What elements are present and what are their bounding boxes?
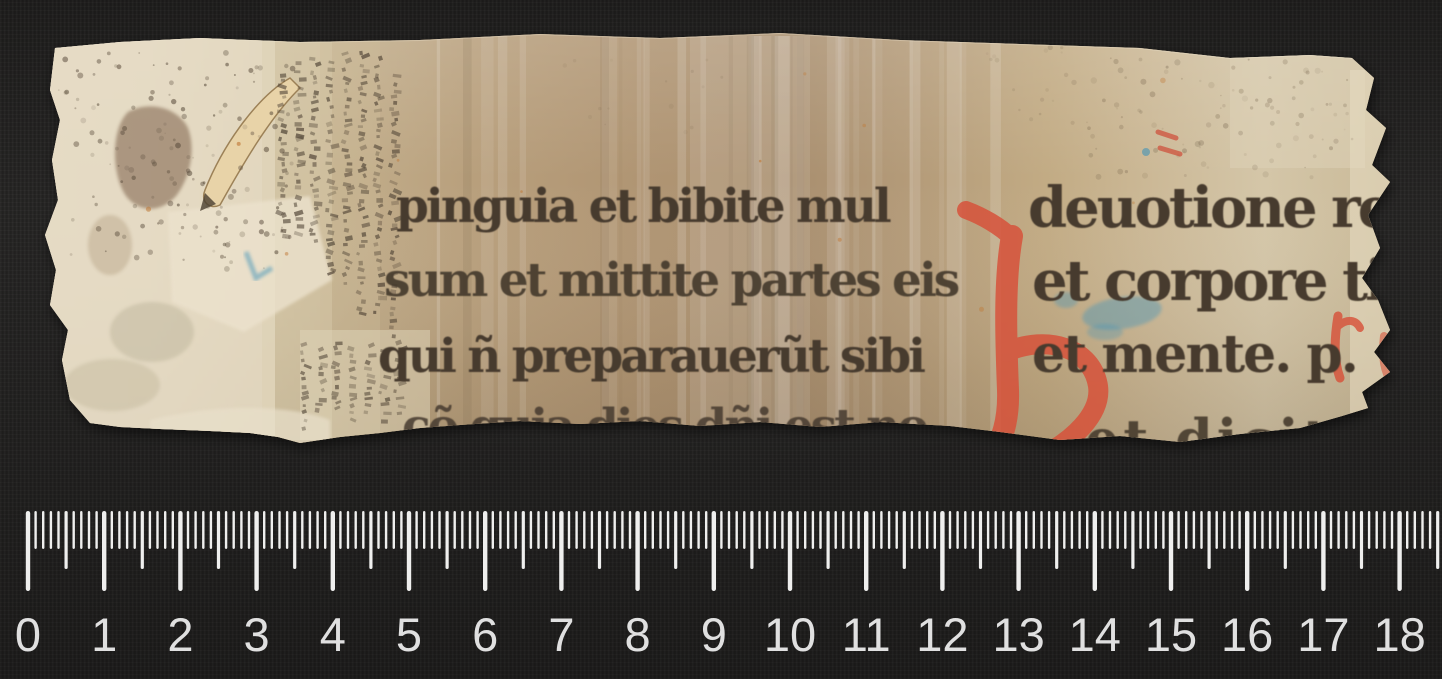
texture-dot xyxy=(1255,99,1258,102)
texture-dot xyxy=(224,266,230,272)
ruler-tick-cm xyxy=(864,511,868,591)
texture-dot xyxy=(1322,139,1324,141)
ruler-tick-mm xyxy=(164,511,166,549)
texture-mark xyxy=(359,261,364,266)
texture-mark xyxy=(277,182,285,187)
texture-dot xyxy=(164,133,166,135)
ruler-tick-half xyxy=(1436,511,1439,569)
texture-mark xyxy=(314,201,323,206)
ruler-tick-mm xyxy=(1261,511,1263,549)
texture-dot xyxy=(193,224,198,229)
ruler-tick-mm xyxy=(240,511,242,549)
ruler-tick-mm xyxy=(1162,511,1164,549)
texture-dot xyxy=(168,94,170,96)
texture-dot xyxy=(1060,46,1063,49)
ruler-tick-mm xyxy=(591,511,593,549)
ruler-tick-mm xyxy=(682,511,684,549)
texture-dot xyxy=(1344,129,1346,131)
texture-dot xyxy=(1095,148,1097,150)
texture-dot xyxy=(1125,170,1128,173)
texture-dot xyxy=(212,154,215,157)
texture-dot xyxy=(1269,76,1272,79)
texture-mark xyxy=(314,146,321,151)
texture-dot xyxy=(1012,88,1015,91)
texture-dot xyxy=(665,80,667,82)
ruler-tick-mm xyxy=(1315,511,1317,549)
texture-dot xyxy=(1346,79,1348,81)
texture-dot xyxy=(1343,104,1347,108)
ruler-tick-cm xyxy=(1169,511,1173,591)
texture-mark xyxy=(280,90,288,94)
ruler-tick-mm xyxy=(850,511,852,549)
texture-dot xyxy=(95,203,98,206)
ruler-tick-mm xyxy=(80,511,82,549)
texture-dot xyxy=(1299,80,1304,85)
texture-mark xyxy=(376,117,383,121)
texture-dot xyxy=(1029,117,1033,121)
texture-dot xyxy=(159,136,164,141)
texture-mark xyxy=(311,116,316,121)
ruler-tick-mm xyxy=(896,511,898,549)
ruler-number-11: 11 xyxy=(842,608,891,661)
ruler-tick-mm xyxy=(583,511,585,549)
texture-mark xyxy=(349,353,353,358)
texture-dot xyxy=(563,63,567,67)
texture-dot xyxy=(1238,131,1243,136)
texture-mark xyxy=(343,219,347,223)
texture-dot xyxy=(206,126,211,131)
texture-mark xyxy=(345,168,352,172)
texture-dot xyxy=(1329,103,1332,106)
texture-dot xyxy=(272,233,275,236)
texture-dot xyxy=(1045,88,1049,92)
texture-dot xyxy=(200,236,202,238)
ruler-tick-mm xyxy=(690,511,692,549)
texture-dot xyxy=(1329,146,1333,150)
ruler-tick-mm xyxy=(248,511,250,549)
texture-mark xyxy=(359,199,364,203)
ruler-tick-cm xyxy=(1321,511,1325,591)
ruler-tick-mm xyxy=(34,511,36,549)
texture-dot xyxy=(610,59,613,62)
texture-dot xyxy=(242,125,247,130)
texture-dot xyxy=(172,181,177,186)
texture-dot xyxy=(248,68,253,73)
texture-dot xyxy=(175,143,181,149)
texture-mark xyxy=(393,389,396,393)
texture-dot xyxy=(995,58,1000,63)
texture-dot xyxy=(1116,108,1118,110)
ruler-tick-mm xyxy=(644,511,646,549)
ruler-tick-cm xyxy=(483,511,487,591)
texture-dot xyxy=(1117,169,1123,175)
ruler-tick-mm xyxy=(1155,511,1157,549)
texture-dot xyxy=(220,255,224,259)
ruler-tick-mm xyxy=(172,511,174,549)
texture-dot xyxy=(253,81,255,83)
texture-dot xyxy=(253,73,255,75)
ruler-tick-mm xyxy=(606,511,608,549)
texture-mark xyxy=(344,282,348,285)
ruler-tick-cm xyxy=(331,511,335,591)
texture-mark xyxy=(326,256,331,260)
texture-dot xyxy=(183,213,186,216)
texture-dot xyxy=(986,52,989,55)
ruler-tick-mm xyxy=(1383,511,1385,549)
ruler-tick-mm xyxy=(964,511,966,549)
ruler-tick-mm xyxy=(431,511,433,549)
texture-dot xyxy=(223,50,229,56)
texture-dot xyxy=(1276,143,1282,149)
ruler-tick-mm xyxy=(50,511,52,549)
ruler-tick-mm xyxy=(1071,511,1073,549)
ruler-tick-mm xyxy=(95,511,97,549)
texture-dot xyxy=(223,243,227,247)
ruler-tick-cm xyxy=(407,511,411,591)
texture-dot xyxy=(118,165,120,167)
ruler-tick-mm xyxy=(774,511,776,549)
texture-dot xyxy=(1091,77,1097,83)
texture-dot xyxy=(156,128,162,134)
ruler-ticks xyxy=(26,511,1439,591)
texture-mark xyxy=(309,57,315,61)
texture-mark xyxy=(345,119,353,123)
texture-mark xyxy=(327,153,333,158)
ruler-number-6: 6 xyxy=(472,608,498,661)
texture-dot xyxy=(152,162,157,167)
texture-mark xyxy=(947,36,962,436)
ruler-tick-half xyxy=(293,511,296,569)
ruler-number-13: 13 xyxy=(992,608,1044,661)
texture-mark xyxy=(296,179,300,183)
texture-mark xyxy=(390,312,394,317)
ruler-tick-mm xyxy=(537,511,539,549)
texture-dot xyxy=(120,180,123,183)
gothic-text-line: cõ quia dies dñi est no xyxy=(402,399,927,454)
texture-dot xyxy=(192,157,194,159)
texture-mark xyxy=(325,208,329,212)
ruler-tick-mm xyxy=(1063,511,1065,549)
texture-dot xyxy=(219,110,223,114)
texture-dot xyxy=(1309,134,1314,139)
texture-mark xyxy=(390,319,398,323)
gothic-text-line: et mente. p. xyxy=(1032,324,1357,385)
texture-mark xyxy=(301,359,305,363)
texture-mark xyxy=(282,152,289,156)
ruler-tick-mm xyxy=(347,511,349,549)
ruler-tick-mm xyxy=(118,511,120,549)
ruler-tick-mm xyxy=(393,511,395,549)
texture-mark xyxy=(350,360,357,364)
ruler-tick-mm xyxy=(812,511,814,549)
texture-dot xyxy=(237,142,241,146)
texture-dot xyxy=(1292,96,1296,100)
texture-dot xyxy=(129,147,131,149)
texture-dot xyxy=(1293,135,1299,141)
texture-dot xyxy=(186,203,189,206)
texture-dot xyxy=(76,98,79,101)
ruler-tick-mm xyxy=(1368,511,1370,549)
texture-dot xyxy=(1087,126,1091,130)
ruler-tick-cm xyxy=(1093,511,1097,591)
ruler-number-16: 16 xyxy=(1221,608,1273,661)
texture-dot xyxy=(1061,51,1063,53)
texture-mark xyxy=(363,69,370,74)
texture-dot xyxy=(179,232,182,235)
ruler-tick-mm xyxy=(1193,511,1195,549)
texture-dot xyxy=(1113,59,1118,64)
texture-dot xyxy=(134,255,140,261)
gothic-text-line: pinguia et bibite mul xyxy=(396,179,891,234)
texture-dot xyxy=(1166,66,1169,69)
texture-dot xyxy=(1293,86,1296,89)
ruler-tick-mm xyxy=(57,511,59,549)
stain-small xyxy=(88,215,132,275)
ruler-tick-mm xyxy=(1277,511,1279,549)
texture-dot xyxy=(151,196,154,199)
texture-dot xyxy=(90,153,94,157)
texture-mark xyxy=(318,372,323,376)
texture-dot xyxy=(150,90,155,95)
texture-dot xyxy=(759,160,762,163)
texture-dot xyxy=(1182,144,1184,146)
texture-mark xyxy=(375,303,380,307)
ruler-tick-mm xyxy=(621,511,623,549)
texture-dot xyxy=(1089,153,1094,158)
ruler-tick-mm xyxy=(355,511,357,549)
texture-dot xyxy=(1153,148,1158,153)
ruler-tick-mm xyxy=(728,511,730,549)
texture-mark xyxy=(359,244,365,248)
texture-dot xyxy=(76,69,79,72)
texture-dot xyxy=(1311,108,1315,112)
ruler-tick-mm xyxy=(1345,511,1347,549)
texture-dot xyxy=(115,231,120,236)
texture-dot xyxy=(1139,58,1143,62)
ruler-tick-half xyxy=(1208,511,1211,569)
ruler-tick-mm xyxy=(575,511,577,549)
ruler-tick-mm xyxy=(278,511,280,549)
texture-dot xyxy=(1039,113,1042,116)
texture-dot xyxy=(1270,121,1275,126)
texture-mark xyxy=(315,408,320,413)
texture-dot xyxy=(838,238,842,242)
texture-mark xyxy=(346,97,351,101)
texture-dot xyxy=(285,184,288,187)
texture-dot xyxy=(132,176,136,180)
ruler-tick-mm xyxy=(1421,511,1423,549)
ruler-number-10: 10 xyxy=(764,608,816,661)
texture-dot xyxy=(232,189,237,194)
texture-dot xyxy=(1239,89,1244,94)
ruler-tick-mm xyxy=(926,511,928,549)
ruler-tick-half xyxy=(1131,511,1134,569)
texture-dot xyxy=(1118,67,1124,73)
texture-mark xyxy=(335,351,342,355)
ruler-number-14: 14 xyxy=(1069,608,1121,661)
texture-mark xyxy=(331,365,336,369)
texture-dot xyxy=(272,124,278,130)
ruler-tick-half xyxy=(674,511,677,569)
ruler-tick-mm xyxy=(972,511,974,549)
texture-mark xyxy=(298,93,307,97)
texture-dot xyxy=(1102,99,1106,103)
texture-dot xyxy=(140,154,145,159)
texture-dot xyxy=(720,76,723,79)
ruler-tick-mm xyxy=(469,511,471,549)
ruler-tick-mm xyxy=(415,511,417,549)
texture-dot xyxy=(1182,148,1187,153)
texture-dot xyxy=(181,107,185,111)
ruler-tick-mm xyxy=(545,511,547,549)
texture-mark xyxy=(939,36,944,436)
ruler-tick-mm xyxy=(88,511,90,549)
ruler-tick-mm xyxy=(934,511,936,549)
texture-dot xyxy=(92,195,95,198)
texture-dot xyxy=(169,146,173,150)
texture-dot xyxy=(1270,106,1274,110)
ruler-tick-mm xyxy=(888,511,890,549)
texture-dot xyxy=(1018,109,1020,111)
texture-dot xyxy=(245,187,250,192)
ruler-tick-half xyxy=(65,511,68,569)
texture-dot xyxy=(133,204,137,208)
texture-dot xyxy=(397,159,400,162)
texture-dot xyxy=(178,66,182,70)
texture-dot xyxy=(140,224,145,229)
texture-dot xyxy=(263,267,265,269)
texture-mark xyxy=(364,410,369,414)
texture-dot xyxy=(97,59,102,64)
texture-mark xyxy=(295,185,301,189)
texture-dot xyxy=(220,206,223,209)
texture-dot xyxy=(1303,68,1309,74)
texture-dot xyxy=(588,115,592,119)
ruler-tick-cm xyxy=(26,511,30,591)
texture-dot xyxy=(281,227,283,229)
texture-mark xyxy=(377,85,381,90)
texture-dot xyxy=(117,64,122,69)
texture-mark xyxy=(294,70,300,73)
texture-dot xyxy=(1124,76,1127,79)
ruler-tick-mm xyxy=(1139,511,1141,549)
texture-dot xyxy=(64,91,68,95)
texture-dot xyxy=(258,65,263,70)
ruler-number-5: 5 xyxy=(396,608,422,661)
ruler-tick-mm xyxy=(667,511,669,549)
texture-dot xyxy=(128,167,134,173)
ruler-tick-mm xyxy=(194,511,196,549)
texture-dot xyxy=(264,147,269,152)
ruler-tick-mm xyxy=(1086,511,1088,549)
ruler-tick-half xyxy=(750,511,753,569)
ruler-tick-mm xyxy=(286,511,288,549)
texture-dot xyxy=(259,229,264,234)
texture-dot xyxy=(177,204,180,207)
gothic-text-line: sum et mittite partes eis xyxy=(384,253,959,308)
texture-mark xyxy=(303,404,306,407)
ruler-tick-mm xyxy=(614,511,616,549)
ruler-tick-mm xyxy=(720,511,722,549)
ruler-number-2: 2 xyxy=(167,608,193,661)
ruler-tick-mm xyxy=(423,511,425,549)
texture-mark xyxy=(332,396,337,400)
texture-mark xyxy=(368,353,376,357)
texture-dot xyxy=(80,118,86,124)
texture-dot xyxy=(181,226,184,229)
ruler-tick-mm xyxy=(202,511,204,549)
texture-dot xyxy=(683,130,687,134)
texture-mark xyxy=(283,219,291,224)
ruler-tick-mm xyxy=(301,511,303,549)
ruler-tick-mm xyxy=(1200,511,1202,549)
stain-grey xyxy=(110,302,194,362)
ruler-tick-cm xyxy=(635,511,639,591)
texture-dot xyxy=(206,204,211,209)
texture-dot xyxy=(109,163,111,165)
texture-dot xyxy=(1223,123,1229,129)
ruler-tick-mm xyxy=(1223,511,1225,549)
ruler-tick-mm xyxy=(1078,511,1080,549)
texture-mark xyxy=(361,240,368,243)
texture-dot xyxy=(239,231,245,237)
texture-dot xyxy=(225,63,229,67)
texture-dot xyxy=(213,114,215,116)
texture-mark xyxy=(314,194,319,198)
ruler-tick-mm xyxy=(73,511,75,549)
texture-mark xyxy=(362,232,367,237)
ruler-tick-mm xyxy=(918,511,920,549)
texture-dot xyxy=(258,135,261,138)
ruler-tick-mm xyxy=(126,511,128,549)
texture-mark xyxy=(295,122,302,126)
texture-dot xyxy=(122,126,127,131)
texture-mark xyxy=(392,149,400,154)
texture-dot xyxy=(90,130,95,135)
texture-dot xyxy=(1267,98,1272,103)
ruler-tick-mm xyxy=(225,511,227,549)
ruler-tick-mm xyxy=(377,511,379,549)
texture-dot xyxy=(989,58,992,61)
texture-mark xyxy=(330,105,334,109)
ruler-tick-mm xyxy=(515,511,517,549)
texture-dot xyxy=(171,99,176,104)
texture-dot xyxy=(1198,140,1204,146)
texture-mark xyxy=(280,73,286,78)
texture-dot xyxy=(1215,114,1220,119)
ruler-tick-half xyxy=(369,511,372,569)
texture-dot xyxy=(166,62,169,65)
texture-mark xyxy=(326,224,332,228)
texture-dot xyxy=(73,141,79,147)
texture-mark xyxy=(358,125,363,128)
ruler-tick-mm xyxy=(835,511,837,549)
ruler-tick-mm xyxy=(629,511,631,549)
ruler-tick-mm xyxy=(1254,511,1256,549)
texture-dot xyxy=(1199,80,1201,82)
ruler-tick-mm xyxy=(530,511,532,549)
texture-mark xyxy=(296,61,302,65)
texture-mark xyxy=(349,384,356,389)
texture-mark xyxy=(394,118,398,122)
texture-dot xyxy=(1252,165,1258,171)
ruler-tick-half xyxy=(141,511,144,569)
texture-dot xyxy=(173,139,176,142)
ruler-tick-mm xyxy=(857,511,859,549)
ruler-tick-half xyxy=(446,511,449,569)
ruler-tick-mm xyxy=(697,511,699,549)
texture-dot xyxy=(223,103,228,108)
